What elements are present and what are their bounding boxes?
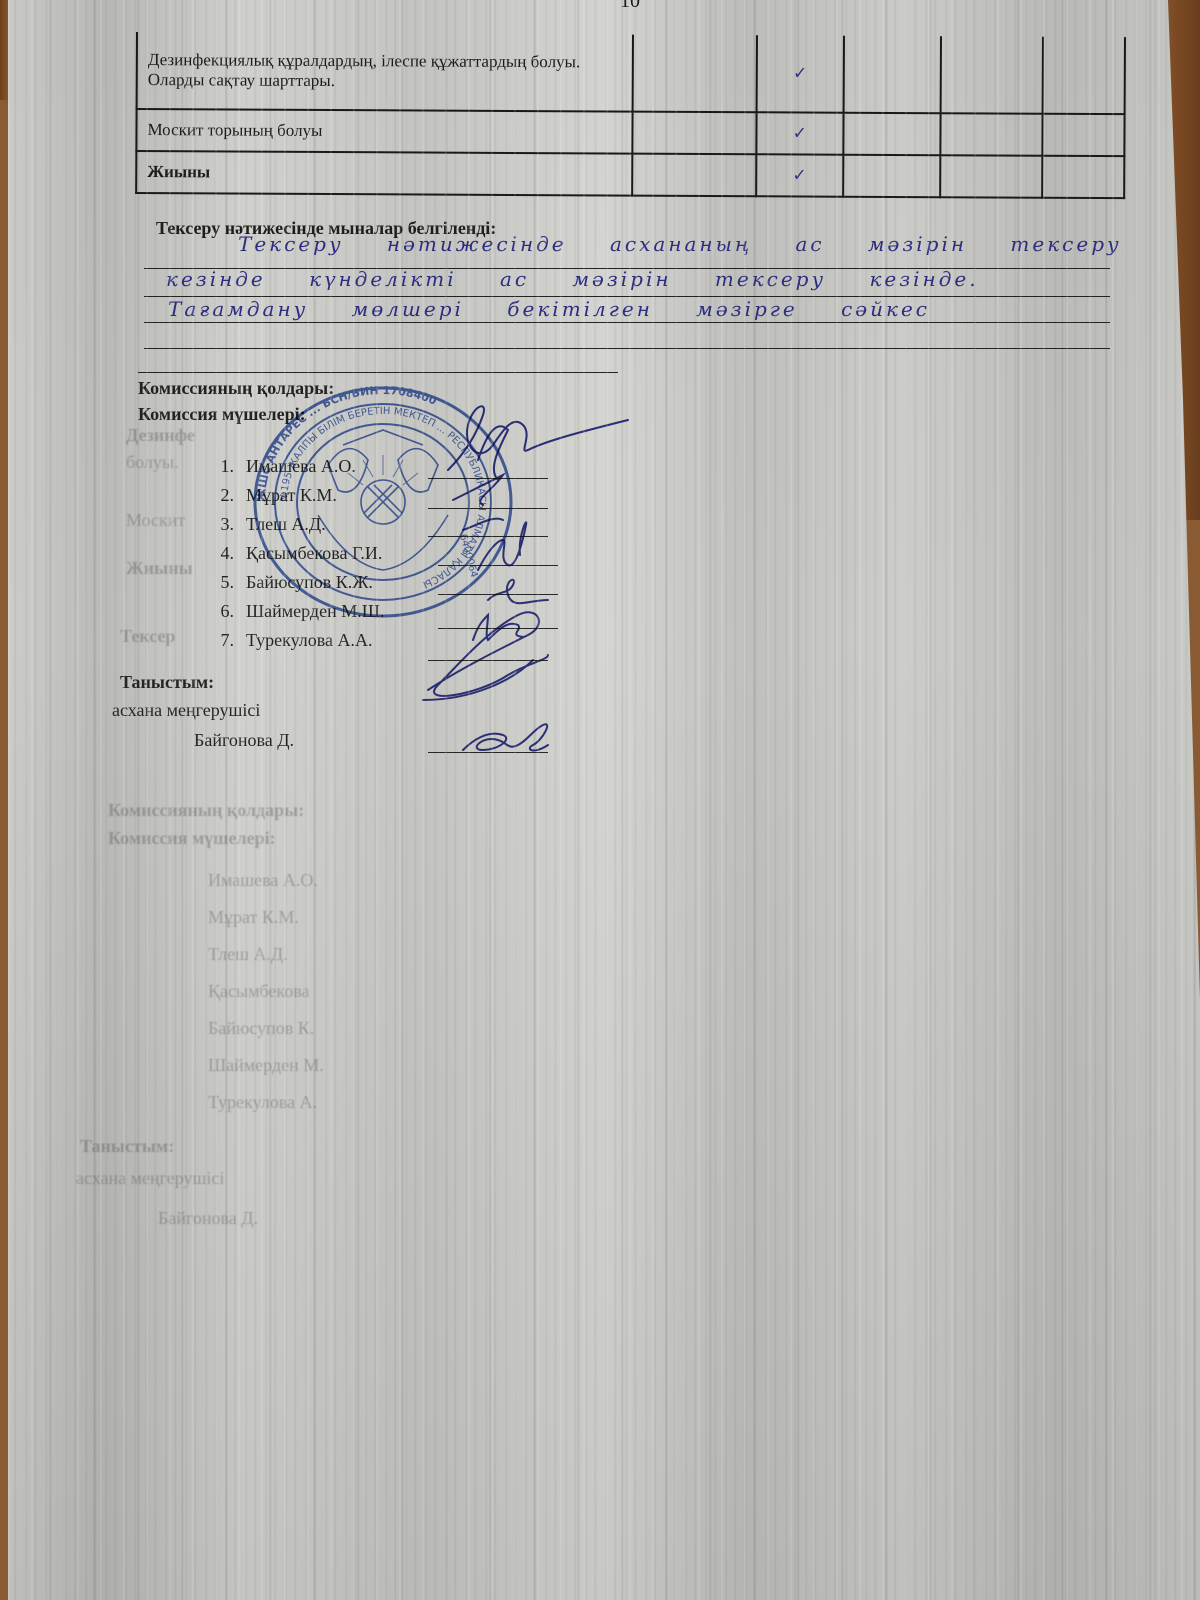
ghost-ack-title: Таныстым: bbox=[80, 1136, 174, 1157]
divider bbox=[138, 372, 618, 373]
member-name: Турекулова А.А. bbox=[246, 630, 373, 651]
handwritten-line: Тағамдану мөлшері бекітілген мәзірге сәй… bbox=[168, 297, 930, 321]
ghost-fragment: болуы. bbox=[126, 452, 179, 473]
handwritten-line: кезінде күнделікті ас мәзірін тексеру ке… bbox=[166, 267, 979, 291]
row-label-total: Жиыны bbox=[136, 151, 632, 196]
ghost-ack-role: асхана меңгерушісі bbox=[76, 1168, 224, 1189]
table-row: Жиыны ✓ bbox=[136, 151, 1124, 198]
ghost-fragment: Дезинфе bbox=[126, 425, 195, 446]
ghost-ack-name: Байгонова Д. bbox=[158, 1208, 258, 1229]
acknowledgement-title: Таныстым: bbox=[120, 672, 214, 693]
list-item: 7.Турекулова А.А. bbox=[198, 626, 384, 655]
table-row: Москит торының болуы ✓ bbox=[136, 109, 1124, 156]
ghost-fragment: Тексер bbox=[120, 626, 175, 647]
acknowledgement-name: Байгонова Д. bbox=[194, 730, 294, 751]
row-label: Москит торының болуы bbox=[136, 109, 632, 154]
writing-line bbox=[144, 322, 1110, 323]
check-mark-icon: ✓ bbox=[756, 112, 843, 154]
svg-text:№195 ЖАЛПЫ БІЛІМ БЕРЕТІН МЕКТЕ: №195 ЖАЛПЫ БІЛІМ БЕРЕТІН МЕКТЕП ... РЕСП… bbox=[279, 406, 487, 590]
signature-line bbox=[438, 628, 558, 629]
check-mark-icon: ✓ bbox=[756, 154, 843, 196]
ghost-members-list: Имашева А.О. Мұрат К.М. Тлеш А.Д. Қасымб… bbox=[208, 870, 324, 1129]
handwritten-line: Тексеру нәтижесінде асхананың ас мәзірін… bbox=[238, 232, 1122, 256]
writing-line bbox=[144, 348, 1110, 349]
signature-line bbox=[428, 660, 548, 661]
ghost-fragment: Жиыны bbox=[126, 558, 193, 579]
ghost-comm-sub: Комиссия мүшелері: bbox=[108, 828, 276, 849]
document-page: 10 Дезинфе болуы. Москит Жиыны Тексер Ко… bbox=[8, 0, 1200, 1600]
acknowledgement-role: асхана меңгерушісі bbox=[112, 700, 260, 721]
ghost-comm-title: Комиссияның қолдары: bbox=[108, 800, 304, 821]
ghost-fragment: Москит bbox=[126, 510, 185, 531]
signature-line bbox=[428, 752, 548, 753]
check-mark-icon: ✓ bbox=[756, 35, 843, 112]
table-row: Дезинфекциялық құралдардың, ілеспе құжат… bbox=[137, 32, 1125, 114]
row-label: Дезинфекциялық құралдардың, ілеспе құжат… bbox=[137, 32, 633, 112]
page-number: 10 bbox=[620, 0, 640, 13]
inspection-table: Дезинфекциялық құралдардың, ілеспе құжат… bbox=[135, 32, 1126, 199]
official-stamp-icon: ЖШС АНТАРЕС ... БСН/БИН 1708400 №195 ЖАЛ… bbox=[248, 385, 518, 620]
